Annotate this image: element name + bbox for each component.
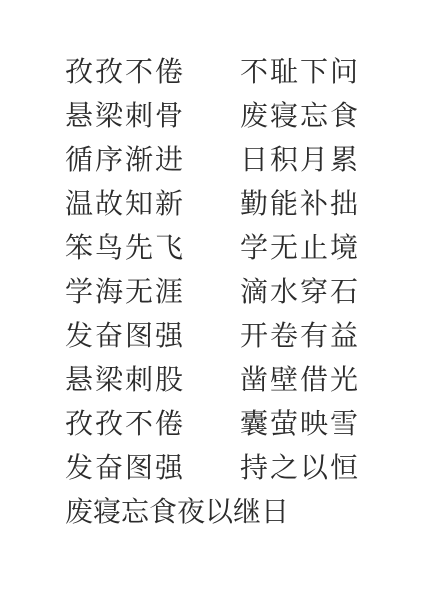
idiom-left: 孜孜不倦 [65,51,240,95]
idiom-footer-line: 废寝忘食夜以继日 [65,491,423,535]
idiom-left: 发奋图强 [65,447,240,491]
idiom-right: 不耻下问 [240,51,360,95]
idiom-right: 持之以恒 [240,447,360,491]
idiom-right: 日积月累 [240,139,360,183]
idiom-left: 孜孜不倦 [65,403,240,447]
idiom-right: 凿壁借光 [240,359,360,403]
idiom-left: 发奋图强 [65,315,240,359]
idiom-left: 笨鸟先飞 [65,227,240,271]
idiom-row: 笨鸟先飞 学无止境 [65,227,423,271]
idiom-row: 悬梁刺骨 废寝忘食 [65,95,423,139]
idiom-right: 囊萤映雪 [240,403,360,447]
idiom-row: 学海无涯 滴水穿石 [65,271,423,315]
idiom-row: 悬梁刺股 凿壁借光 [65,359,423,403]
idiom-left: 悬梁刺骨 [65,95,240,139]
idiom-right: 勤能补拙 [240,183,360,227]
idiom-left: 循序渐进 [65,139,240,183]
idiom-right: 开卷有益 [240,315,360,359]
idiom-row: 发奋图强 持之以恒 [65,447,423,491]
idiom-right: 学无止境 [240,227,360,271]
idiom-row: 孜孜不倦 不耻下问 [65,51,423,95]
idiom-right: 滴水穿石 [240,271,360,315]
idiom-row: 循序渐进 日积月累 [65,139,423,183]
idiom-row: 发奋图强 开卷有益 [65,315,423,359]
idiom-row: 温故知新 勤能补拙 [65,183,423,227]
idiom-right: 废寝忘食 [240,95,360,139]
idiom-left: 温故知新 [65,183,240,227]
idiom-left: 学海无涯 [65,271,240,315]
idiom-row: 孜孜不倦 囊萤映雪 [65,403,423,447]
idiom-list-page: 孜孜不倦 不耻下问 悬梁刺骨 废寝忘食 循序渐进 日积月累 温故知新 勤能补拙 … [0,0,423,600]
idiom-left: 悬梁刺股 [65,359,240,403]
